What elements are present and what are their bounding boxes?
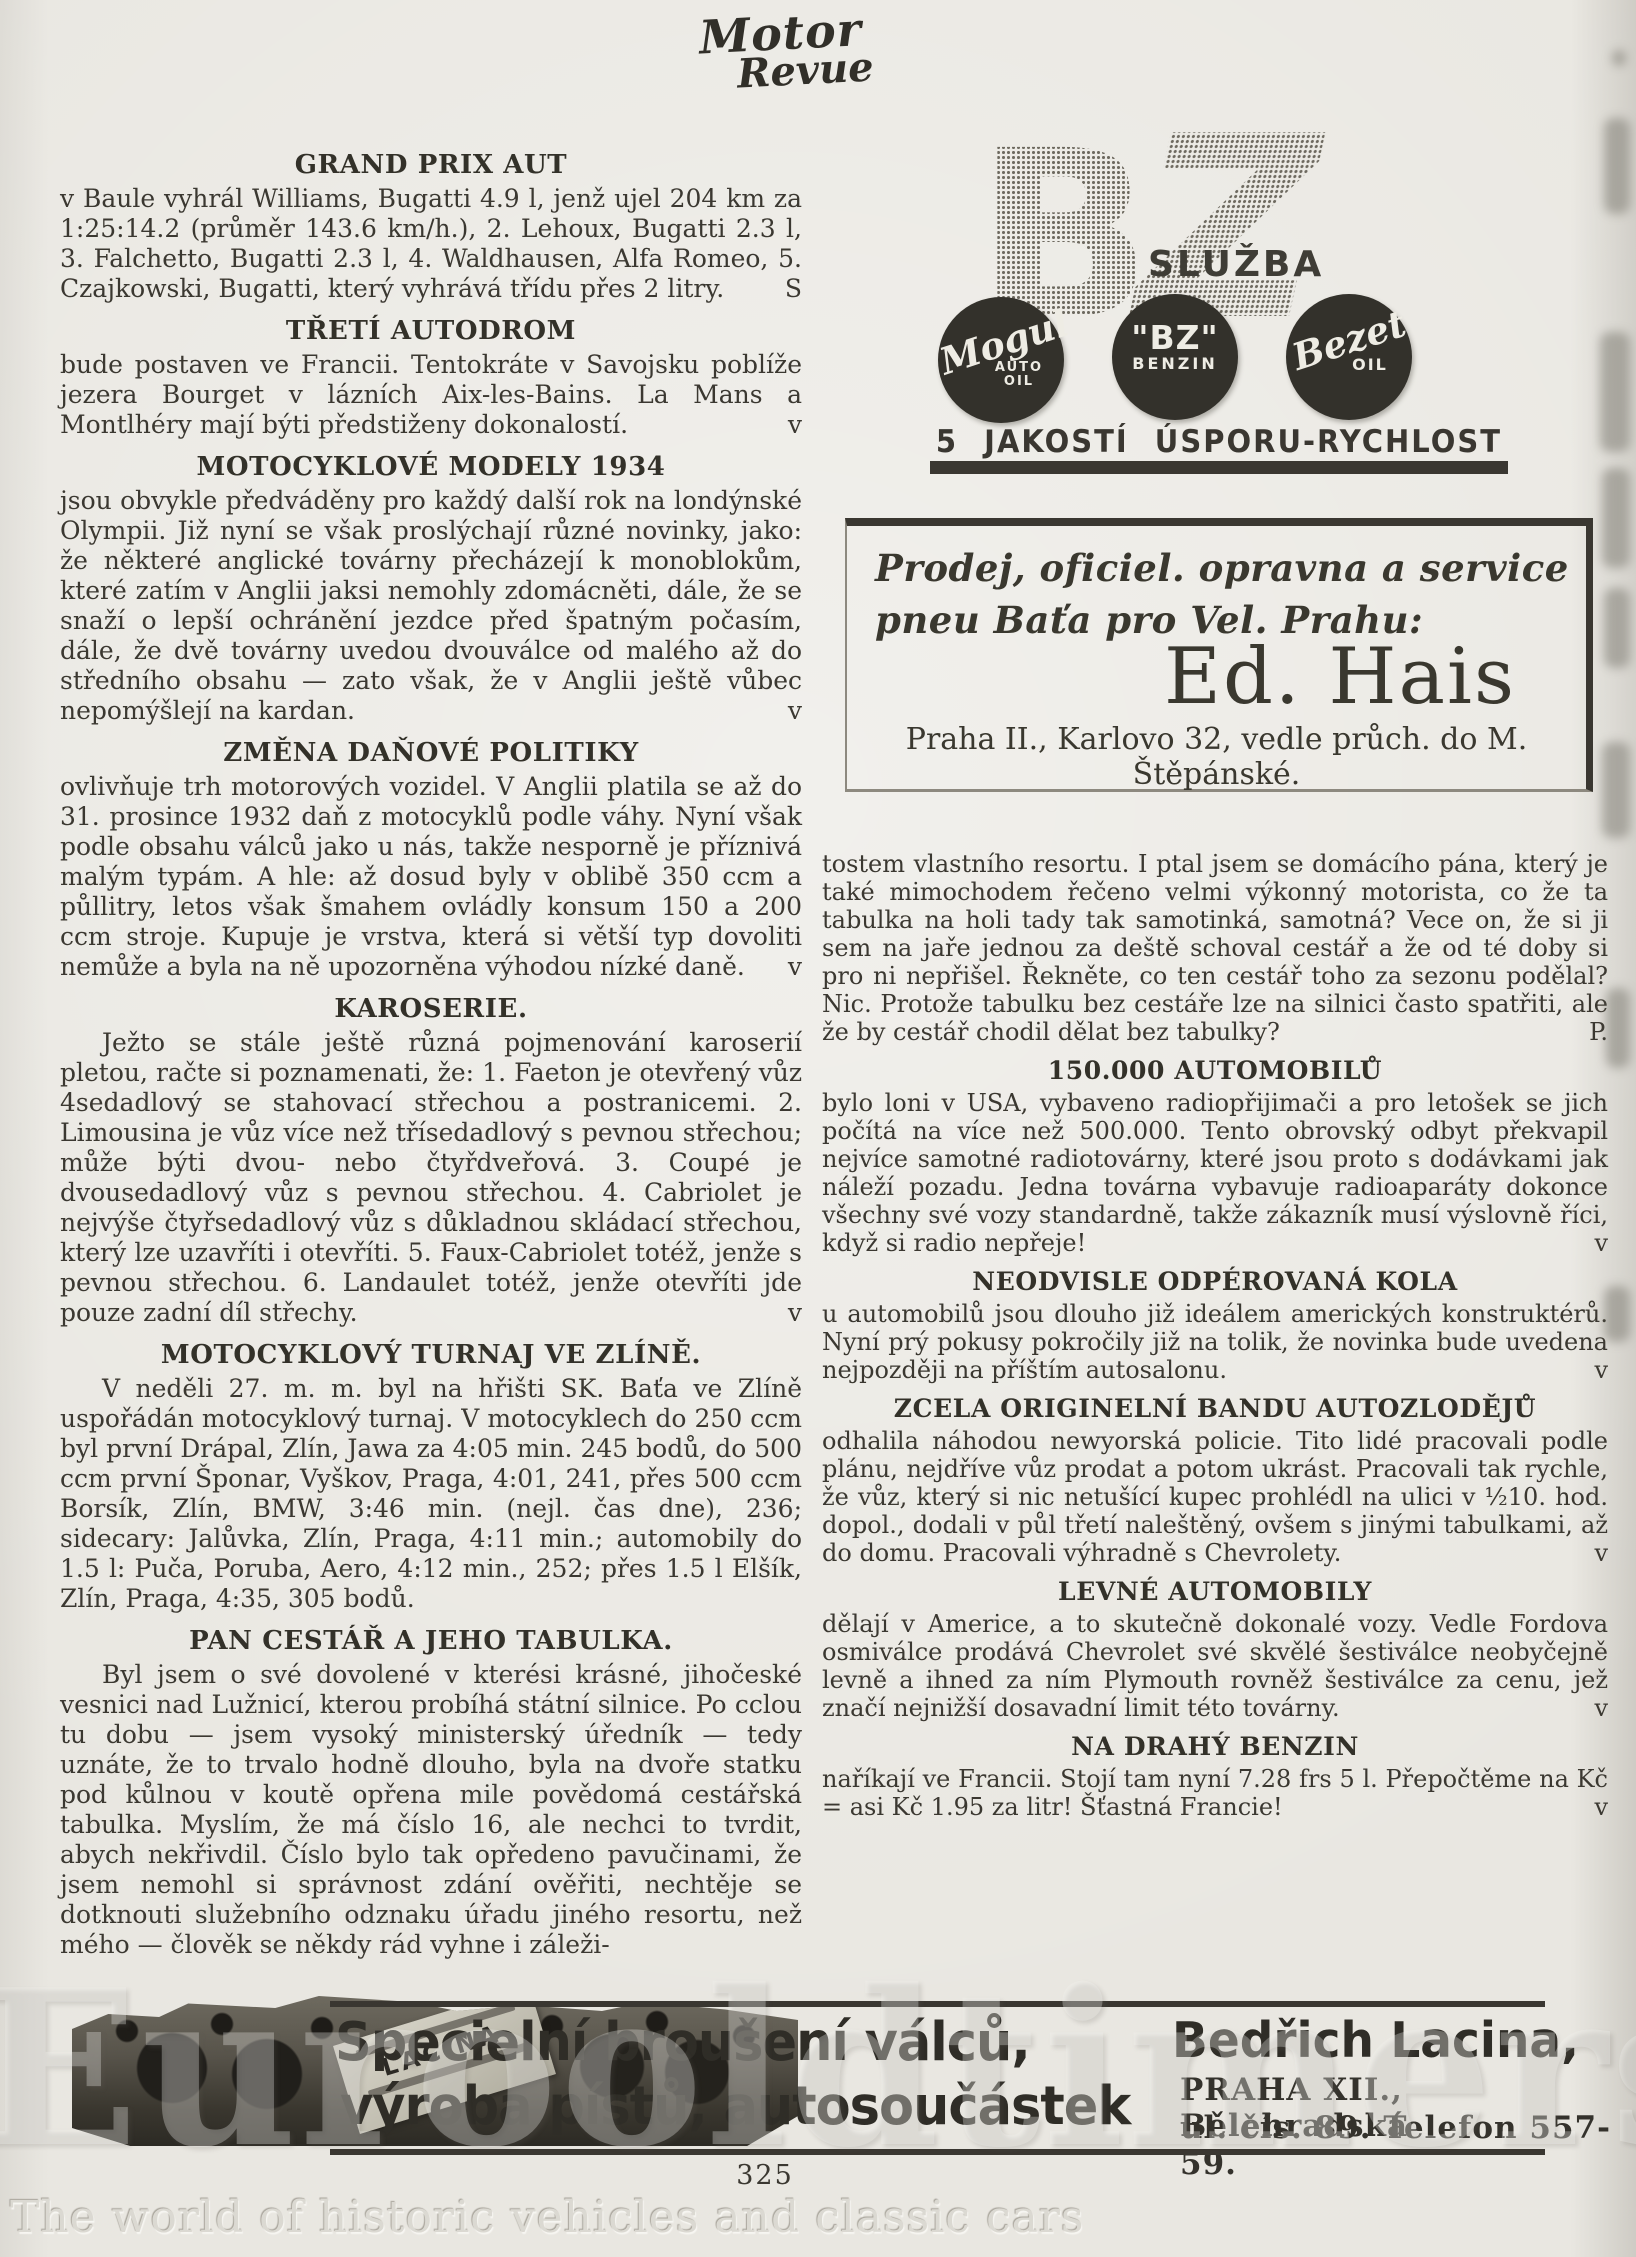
article-heading: TŘETÍ AUTODROM (60, 316, 802, 346)
article-body: v Baule vyhrál Williams, Bugatti 4.9 l, … (60, 184, 802, 303)
article-sign: v (1582, 1356, 1608, 1384)
article-sign: v (776, 952, 802, 982)
ed-hais-ad: Prodej, oficiel. opravna a service pneu … (845, 518, 1593, 792)
article-body: Ježto se stále ještě různá pojmenování k… (60, 1028, 802, 1327)
article-body: tostem vlastního resortu. I ptal jsem se… (822, 850, 1608, 1046)
lacina-ad-line2: výroba pístů, autosoučástek (340, 2076, 1130, 2138)
bz-divider-bar (930, 461, 1508, 474)
magazine-page: Motor Revue GRAND PRIX AUT v Baule vyhrá… (0, 0, 1636, 2257)
ad-rule-top (330, 2001, 1545, 2007)
article-motocyklovy-turnaj: MOTOCYKLOVÝ TURNAJ VE ZLÍNĚ. V neděli 27… (60, 1340, 802, 1614)
article-banda-autozlodeju: ZCELA ORIGINELNÍ BANDU AUTOZLODĚJŮ odhal… (822, 1394, 1608, 1567)
right-column: tostem vlastního resortu. I ptal jsem se… (822, 850, 1608, 1821)
article-sign: v (776, 410, 802, 440)
left-column: GRAND PRIX AUT v Baule vyhrál Williams, … (60, 138, 802, 1960)
hais-ad-address: Praha II., Karlovo 32, vedle průch. do M… (847, 722, 1586, 792)
lacina-ad-name: Bedřich Lacina, (1172, 2012, 1579, 2070)
article-sign: v (1582, 1694, 1608, 1722)
article-sign: S (773, 274, 802, 304)
print-bleed-mark (1606, 988, 1630, 1068)
article-sign: P. (1577, 1018, 1608, 1046)
article-sign: v (1582, 1229, 1608, 1257)
article-cestar-continuation: tostem vlastního resortu. I ptal jsem se… (822, 850, 1608, 1046)
article-neodvisle-kola: NEODVISLE ODPÉROVANÁ KOLA u automobilů j… (822, 1267, 1608, 1384)
article-sign: v (734, 1298, 802, 1328)
article-body: ovlivňuje trh motorových vozidel. V Angl… (60, 772, 802, 981)
print-bleed-mark (1604, 118, 1630, 214)
article-karoserie: KAROSERIE. Ježto se stále ještě různá po… (60, 994, 802, 1328)
article-motocyklove-modely: MOTOCYKLOVÉ MODELY 1934 jsou obvykle pře… (60, 452, 802, 726)
article-sign: v (1582, 1793, 1608, 1821)
bz-tagline: 5 JAKOSTÍ ÚSPORU-RYCHLOST (930, 423, 1508, 460)
bz-logo-name: "BZ" (1112, 318, 1238, 357)
article-heading: ZMĚNA DAŇOVÉ POLITIKY (60, 738, 802, 768)
mogul-oil-logo: Mogul AUTO OIL (938, 297, 1064, 423)
article-body: odhalila náhodou newyorská policie. Tito… (822, 1427, 1608, 1567)
article-heading: GRAND PRIX AUT (60, 150, 802, 180)
article-pan-cestar: PAN CESTÁŘ A JEHO TABULKA. Byl jsem o sv… (60, 1626, 802, 1960)
magazine-logo: Motor Revue (698, 2, 875, 100)
article-heading: MOTOCYKLOVÝ TURNAJ VE ZLÍNĚ. (60, 1340, 802, 1370)
article-body: bude postaven ve Francii. Tentokráte v S… (60, 350, 802, 439)
article-treti-autodrom: TŘETÍ AUTODROM bude postaven ve Francii.… (60, 316, 802, 440)
print-bleed-mark (1600, 332, 1630, 452)
article-body: u automobilů jsou dlouho již ideálem ame… (822, 1300, 1608, 1384)
logo-word-revue: Revue (736, 43, 875, 97)
article-grand-prix: GRAND PRIX AUT v Baule vyhrál Williams, … (60, 150, 802, 304)
article-na-drahy-benzin: NA DRAHÝ BENZIN naříkají ve Francii. Sto… (822, 1732, 1608, 1821)
watermark-slogan: The world of historic vehicles and class… (10, 2192, 1084, 2243)
bz-logo-sub: BENZIN (1112, 357, 1238, 371)
article-body: Byl jsem o své dovolené v kterési krásné… (60, 1660, 802, 1959)
article-body: dělají v Americe, a to skutečně dokonalé… (822, 1610, 1608, 1722)
article-heading: NA DRAHÝ BENZIN (822, 1732, 1608, 1762)
article-zmena-danove-politiky: ZMĚNA DAŇOVÉ POLITIKY ovlivňuje trh moto… (60, 738, 802, 982)
bz-sluzba-label: SLUŽBA (1148, 244, 1324, 285)
article-heading: MOTOCYKLOVÉ MODELY 1934 (60, 452, 802, 482)
hais-ad-line1: Prodej, oficiel. opravna a service (875, 546, 1586, 590)
article-body: V neděli 27. m. m. byl na hřišti SK. Bať… (60, 1374, 802, 1613)
article-sign: v (776, 696, 802, 726)
article-heading: NEODVISLE ODPÉROVANÁ KOLA (822, 1267, 1608, 1297)
article-body: naříkají ve Francii. Stojí tam nyní 7.28… (822, 1765, 1608, 1821)
article-sign: v (1582, 1539, 1608, 1567)
article-heading: LEVNÉ AUTOMOBILY (822, 1577, 1608, 1607)
article-levne-automobily: LEVNÉ AUTOMOBILY dělají v Americe, a to … (822, 1577, 1608, 1722)
lacina-ad-line1: Specielní broušení válců, (335, 2012, 1030, 2074)
page-number: 325 (0, 2160, 1530, 2191)
article-body: bylo loni v USA, vybaveno radiopřijimači… (822, 1089, 1608, 1257)
article-150000-automobilu: 150.000 AUTOMOBILŮ bylo loni v USA, vyba… (822, 1056, 1608, 1257)
ad-rule-bottom (330, 2149, 1545, 2155)
hais-ad-name: Ed. Hais (847, 632, 1586, 722)
print-bleed-mark (1604, 1286, 1630, 1342)
article-body: jsou obvykle předváděny pro každý další … (60, 486, 802, 725)
article-heading: ZCELA ORIGINELNÍ BANDU AUTOZLODĚJŮ (822, 1394, 1608, 1424)
article-heading: 150.000 AUTOMOBILŮ (822, 1056, 1608, 1086)
bz-benzin-logo: "BZ" BENZIN (1112, 294, 1238, 420)
print-bleed-mark (1602, 468, 1630, 568)
print-bleed-mark (1602, 742, 1630, 838)
print-bleed-mark (1612, 50, 1626, 66)
article-heading: PAN CESTÁŘ A JEHO TABULKA. (60, 1626, 802, 1656)
bezet-oil-logo: Bezet OIL (1286, 294, 1412, 420)
print-bleed-mark (1604, 588, 1630, 668)
article-heading: KAROSERIE. (60, 994, 802, 1024)
